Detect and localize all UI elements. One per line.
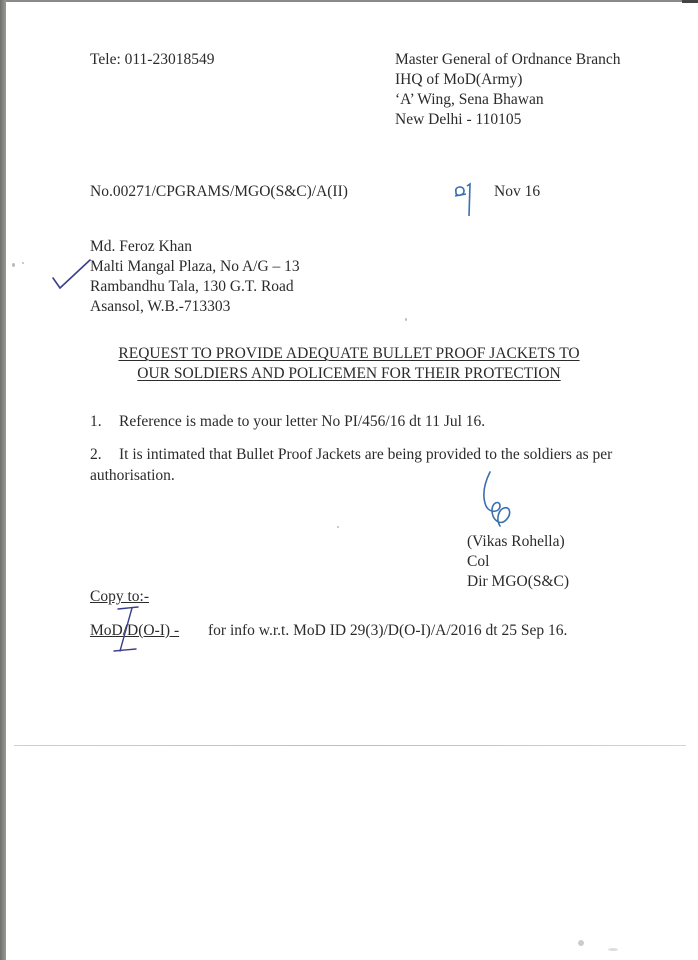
sender-address-line: ‘A’ Wing, Sena Bhawan bbox=[395, 90, 621, 110]
paragraph-2: 2.It is intimated that Bullet Proof Jack… bbox=[90, 445, 612, 465]
copy-to-label: Copy to:- bbox=[90, 587, 149, 607]
handwritten-day bbox=[452, 182, 482, 222]
recipient-line: Malti Mangal Plaza, No A/G – 13 bbox=[90, 257, 300, 277]
paragraph-1: 1.Reference is made to your letter No PI… bbox=[90, 412, 485, 432]
scan-corner-shadow bbox=[682, 0, 698, 3]
sender-address-line: IHQ of MoD(Army) bbox=[395, 70, 621, 90]
subject-line: REQUEST TO PROVIDE ADEQUATE BULLET PROOF… bbox=[0, 344, 698, 364]
signatory-name: (Vikas Rohella) bbox=[467, 532, 569, 552]
signatory-rank: Col bbox=[467, 552, 569, 572]
recipient-line: Asansol, W.B.-713303 bbox=[90, 297, 300, 317]
paragraph-2-continuation: authorisation. bbox=[90, 466, 175, 486]
check-mark-icon bbox=[50, 258, 95, 298]
scan-speck bbox=[337, 526, 339, 528]
scan-top-edge bbox=[0, 0, 698, 2]
scan-speck bbox=[578, 940, 584, 946]
copy-note: for info w.r.t. MoD ID 29(3)/D(O-I)/A/20… bbox=[208, 622, 567, 639]
paragraph-text: It is intimated that Bullet Proof Jacket… bbox=[119, 446, 612, 463]
recipient-address: Md. Feroz Khan Malti Mangal Plaza, No A/… bbox=[90, 237, 300, 317]
recipient-line: Rambandhu Tala, 130 G.T. Road bbox=[90, 277, 300, 297]
copy-to-entry: MoD/D(O-I) -for info w.r.t. MoD ID 29(3)… bbox=[90, 621, 567, 641]
sender-address: Master General of Ordnance Branch IHQ of… bbox=[395, 50, 621, 130]
paragraph-number: 1. bbox=[90, 412, 119, 432]
telephone-number: Tele: 011-23018549 bbox=[90, 50, 214, 70]
scan-speck bbox=[405, 318, 407, 321]
scan-speck bbox=[22, 262, 24, 264]
horizontal-rule bbox=[14, 745, 686, 746]
subject-heading: REQUEST TO PROVIDE ADEQUATE BULLET PROOF… bbox=[0, 344, 698, 384]
handwritten-initial-mark bbox=[110, 605, 150, 655]
recipient-line: Md. Feroz Khan bbox=[90, 237, 300, 257]
subject-line: OUR SOLDIERS AND POLICEMEN FOR THEIR PRO… bbox=[0, 364, 698, 384]
signature-block: (Vikas Rohella) Col Dir MGO(S&C) bbox=[467, 532, 569, 592]
paragraph-text: Reference is made to your letter No PI/4… bbox=[119, 413, 485, 430]
scan-speck bbox=[12, 263, 15, 267]
sender-address-line: Master General of Ordnance Branch bbox=[395, 50, 621, 70]
sender-address-line: New Delhi - 110105 bbox=[395, 110, 621, 130]
letter-date: Nov 16 bbox=[494, 182, 540, 202]
paragraph-number: 2. bbox=[90, 445, 119, 465]
reference-number: No.00271/CPGRAMS/MGO(S&C)/A(II) bbox=[90, 182, 348, 202]
scan-speck bbox=[608, 948, 618, 951]
scan-left-edge bbox=[0, 0, 6, 960]
signatory-designation: Dir MGO(S&C) bbox=[467, 572, 569, 592]
signature-scribble bbox=[470, 470, 530, 540]
